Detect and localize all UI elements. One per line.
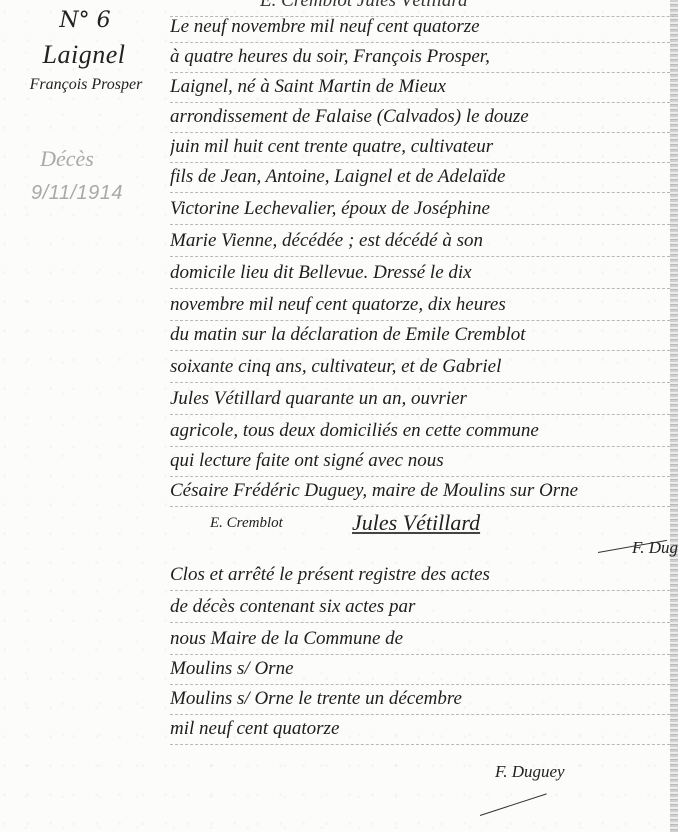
closing-line: Moulins s/ Orne: [170, 654, 670, 685]
margin-column: N° 6 Laignel François Prosper Décès 9/11…: [0, 0, 170, 832]
act-line: Laignel, né à Saint Martin de Mieux: [170, 72, 670, 103]
act-line: Victorine Lechevalier, époux de Joséphin…: [170, 194, 670, 225]
scan-edge: [670, 0, 678, 832]
act-line: à quatre heures du soir, François Prospe…: [170, 42, 670, 73]
pencil-annotation-label: Décès: [32, 146, 102, 172]
register-page: N° 6 Laignel François Prosper Décès 9/11…: [0, 0, 678, 832]
closing-line: Moulins s/ Orne le trente un décembre: [170, 684, 670, 715]
act-line: arrondissement de Falaise (Calvados) le …: [170, 102, 670, 133]
act-line: domicile lieu dit Bellevue. Dressé le di…: [170, 258, 670, 289]
signature-declarant-2: Jules Vétillard: [352, 510, 480, 536]
deceased-surname: Laignel: [24, 40, 144, 70]
act-line: agricole, tous deux domiciliés en cette …: [170, 416, 670, 447]
closing-line: Clos et arrêté le présent registre des a…: [170, 560, 670, 591]
act-line: Marie Vienne, décédée ; est décédé à son: [170, 226, 670, 257]
act-line: du matin sur la déclaration de Emile Cre…: [170, 320, 670, 351]
closing-line: de décès contenant six actes par: [170, 592, 670, 623]
act-line: fils de Jean, Antoine, Laignel et de Ade…: [170, 162, 670, 193]
act-body: E. Cremblot Jules Vétillard Le neuf nove…: [170, 0, 670, 832]
closing-signature-mayor: F. Duguey: [495, 762, 565, 782]
act-line: Jules Vétillard quarante un an, ouvrier: [170, 384, 670, 415]
act-line: soixante cinq ans, cultivateur, et de Ga…: [170, 352, 670, 383]
act-line: Césaire Frédéric Duguey, maire de Moulin…: [170, 476, 670, 507]
deceased-given-names: François Prosper: [6, 76, 166, 94]
act-line: juin mil huit cent trente quatre, cultiv…: [170, 132, 670, 163]
act-line: novembre mil neuf cent quatorze, dix heu…: [170, 290, 670, 321]
acte-number: N° 6: [40, 8, 130, 33]
closing-line: mil neuf cent quatorze: [170, 714, 670, 745]
pencil-annotation-date: 9/11/1914: [22, 182, 132, 205]
closing-line: nous Maire de la Commune de: [170, 624, 670, 655]
act-line: qui lecture faite ont signé avec nous: [170, 446, 670, 477]
signature-declarant-1: E. Cremblot: [210, 515, 283, 532]
act-line: Le neuf novembre mil neuf cent quatorze: [170, 12, 670, 43]
